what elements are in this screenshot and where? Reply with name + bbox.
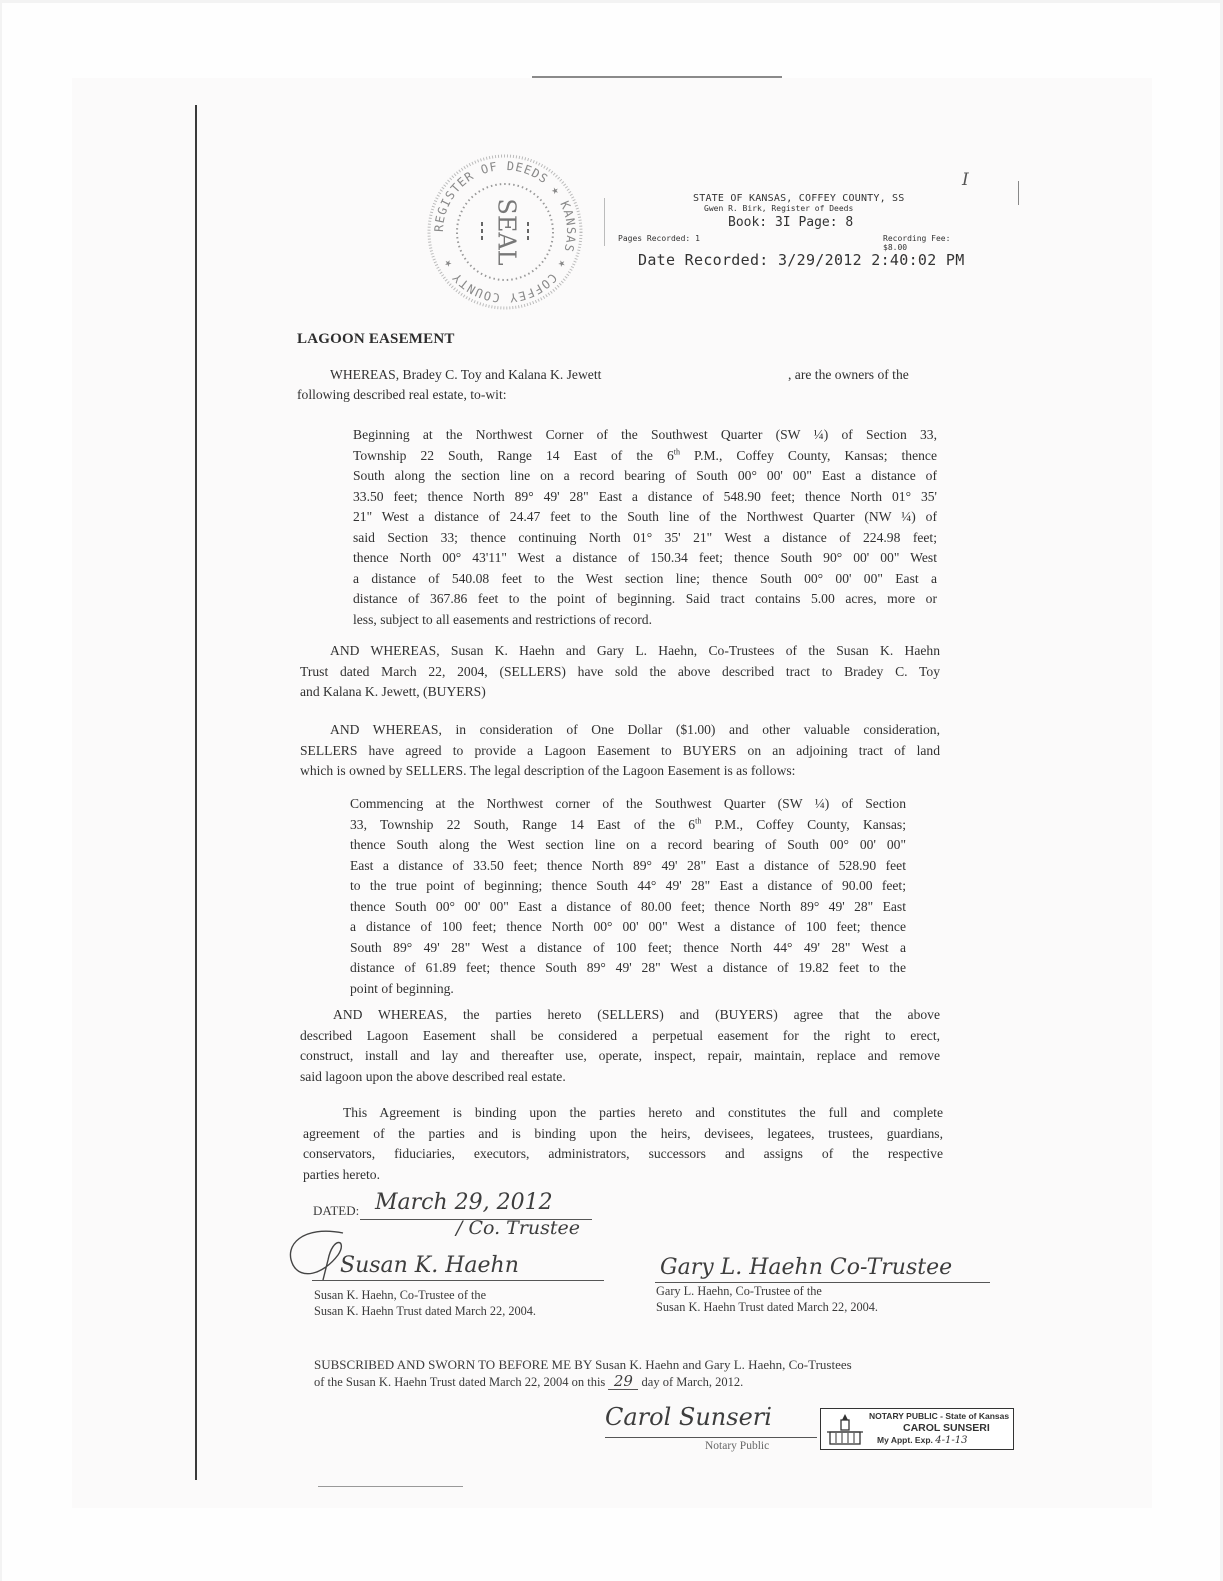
notary-label: Notary Public — [705, 1438, 769, 1454]
seal-center-text: SEAL — [493, 198, 521, 265]
text-line: less, subject to all easements and restr… — [353, 610, 937, 631]
text-line: said lagoon upon the above described rea… — [300, 1067, 940, 1088]
document-page — [2, 3, 1220, 1581]
text-line: 21" West a distance of 24.47 feet to the… — [353, 507, 937, 528]
signer1-printed-line2: Susan K. Haehn Trust dated March 22, 200… — [314, 1303, 536, 1319]
right-margin-tick — [1018, 181, 1019, 205]
paragraph-binding-agreement: This Agreement is binding upon the parti… — [303, 1103, 943, 1185]
paragraph-consideration: AND WHEREAS, in consideration of One Dol… — [300, 720, 940, 782]
text-line: South along the section line on a record… — [353, 466, 937, 487]
margin-mark: I — [962, 170, 969, 190]
text-line: conservators, fiduciaries, executors, ad… — [303, 1144, 943, 1165]
stamp-date-recorded: Date Recorded: 3/29/2012 2:40:02 PM — [638, 251, 965, 269]
signer2-signature: Gary L. Haehn Co-Trustee — [660, 1255, 952, 1280]
signer1-handwritten-title: / Co. Trustee — [456, 1217, 580, 1239]
notary-signature: Carol Sunseri — [605, 1403, 772, 1431]
text-line: This Agreement is binding upon the parti… — [303, 1103, 943, 1124]
text-line: parties hereto. — [303, 1165, 943, 1186]
notary-appt-label: My Appt. Exp. — [877, 1435, 933, 1445]
jurat-line2-start: of the Susan K. Haehn Trust dated March … — [314, 1375, 605, 1389]
notary-stamp-title: NOTARY PUBLIC - State of Kansas — [869, 1411, 1009, 1421]
text-line: SELLERS have agreed to provide a Lagoon … — [300, 741, 940, 762]
jurat-line2-end: day of March, 2012. — [642, 1375, 744, 1389]
dated-label: DATED: — [313, 1203, 359, 1219]
text-line: South 89° 49' 28" West a distance of 100… — [350, 938, 906, 959]
stamp-book-page: Book: 3I Page: 8 — [728, 215, 853, 230]
dated-value: March 29, 2012 — [375, 1190, 553, 1215]
signer2-printed-line2: Susan K. Haehn Trust dated March 22, 200… — [656, 1299, 878, 1315]
text-line: point of beginning. — [350, 979, 906, 1000]
text-line: a distance of 100 feet; thence North 00°… — [350, 917, 906, 938]
text-line: thence South along the West section line… — [350, 835, 906, 856]
text-line: a distance of 540.08 feet to the West se… — [353, 569, 937, 590]
signer1-signature: Susan K. Haehn — [340, 1253, 519, 1278]
text-line: Commencing at the Northwest corner of th… — [350, 794, 906, 815]
paragraph-perpetual-easement: AND WHEREAS, the parties hereto (SELLERS… — [300, 1005, 940, 1087]
stamp-pages-recorded: Pages Recorded: 1 — [618, 234, 700, 243]
signer2-printed-line1: Gary L. Haehn, Co-Trustee of the — [656, 1283, 822, 1299]
text-line: and Kalana K. Jewett, (BUYERS) — [300, 682, 940, 703]
text-line: thence South 00° 00' 00" East a distance… — [350, 897, 906, 918]
intro-owners-suffix: , are the owners of the — [788, 365, 909, 386]
signer1-line — [312, 1280, 604, 1281]
text-line: which is owned by SELLERS. The legal des… — [300, 761, 940, 782]
text-line: construct, install and lay and thereafte… — [300, 1046, 940, 1067]
text-line: distance of 61.89 feet; thence South 89°… — [350, 958, 906, 979]
notary-appt-value: 4-1-13 — [935, 1435, 967, 1446]
text-line: to the true point of beginning; thence S… — [350, 876, 906, 897]
signer1-printed-line1: Susan K. Haehn, Co-Trustee of the — [314, 1287, 486, 1303]
intro-realestate: following described real estate, to-wit: — [297, 385, 507, 406]
stamp-state-line: STATE OF KANSAS, COFFEY COUNTY, SS — [693, 193, 905, 204]
text-line: 33, Township 22 South, Range 14 East of … — [350, 815, 906, 836]
paragraph-sellers: AND WHEREAS, Susan K. Haehn and Gary L. … — [300, 641, 940, 703]
jurat-day: 29 — [608, 1373, 638, 1390]
stamp-divider — [604, 198, 605, 246]
jurat-line1: SUBSCRIBED AND SWORN TO BEFORE ME BY Sus… — [314, 1357, 852, 1373]
notary-stamp-expiry: My Appt. Exp. 4-1-13 — [877, 1435, 967, 1446]
text-line: distance of 367.86 feet to the point of … — [353, 589, 937, 610]
text-line: described Lagoon Easement shall be consi… — [300, 1026, 940, 1047]
legal-description-easement: Commencing at the Northwest corner of th… — [350, 794, 906, 999]
jurat-line2: of the Susan K. Haehn Trust dated March … — [314, 1373, 743, 1390]
text-line: said Section 33; thence continuing North… — [353, 528, 937, 549]
scan-background — [72, 78, 1152, 1508]
text-line: Trust dated March 22, 2004, (SELLERS) ha… — [300, 662, 940, 683]
text-line: Township 22 South, Range 14 East of the … — [353, 446, 937, 467]
text-line: East a distance of 33.50 feet; thence No… — [350, 856, 906, 877]
stamp-recording-fee: Recording Fee: $8.00 — [883, 234, 978, 252]
top-rule — [532, 76, 782, 78]
text-line: AND WHEREAS, the parties hereto (SELLERS… — [300, 1005, 940, 1026]
intro-owners: WHEREAS, Bradey C. Toy and Kalana K. Jew… — [330, 365, 601, 386]
left-margin-bar — [195, 105, 197, 1480]
document-title: LAGOON EASEMENT — [297, 331, 455, 348]
text-line: Beginning at the Northwest Corner of the… — [353, 425, 937, 446]
capitol-building-icon — [827, 1412, 863, 1446]
legal-description-tract: Beginning at the Northwest Corner of the… — [353, 425, 937, 630]
text-line: AND WHEREAS, in consideration of One Dol… — [300, 720, 940, 741]
stamp-register-line: Gwen R. Birk, Register of Deeds — [704, 204, 853, 213]
text-line: AND WHEREAS, Susan K. Haehn and Gary L. … — [300, 641, 940, 662]
text-line: 33.50 feet; thence North 89° 49' 28" Eas… — [353, 487, 937, 508]
bottom-rule — [318, 1486, 463, 1487]
notary-stamp: NOTARY PUBLIC - State of Kansas CAROL SU… — [820, 1408, 1014, 1450]
text-line: thence North 00° 43'11" West a distance … — [353, 548, 937, 569]
county-seal-icon: REGISTER OF DEEDS ★ KANSAS ★ COFFEY COUN… — [425, 152, 585, 312]
text-line: agreement of the parties and is binding … — [303, 1124, 943, 1145]
notary-stamp-name: CAROL SUNSERI — [903, 1422, 990, 1434]
